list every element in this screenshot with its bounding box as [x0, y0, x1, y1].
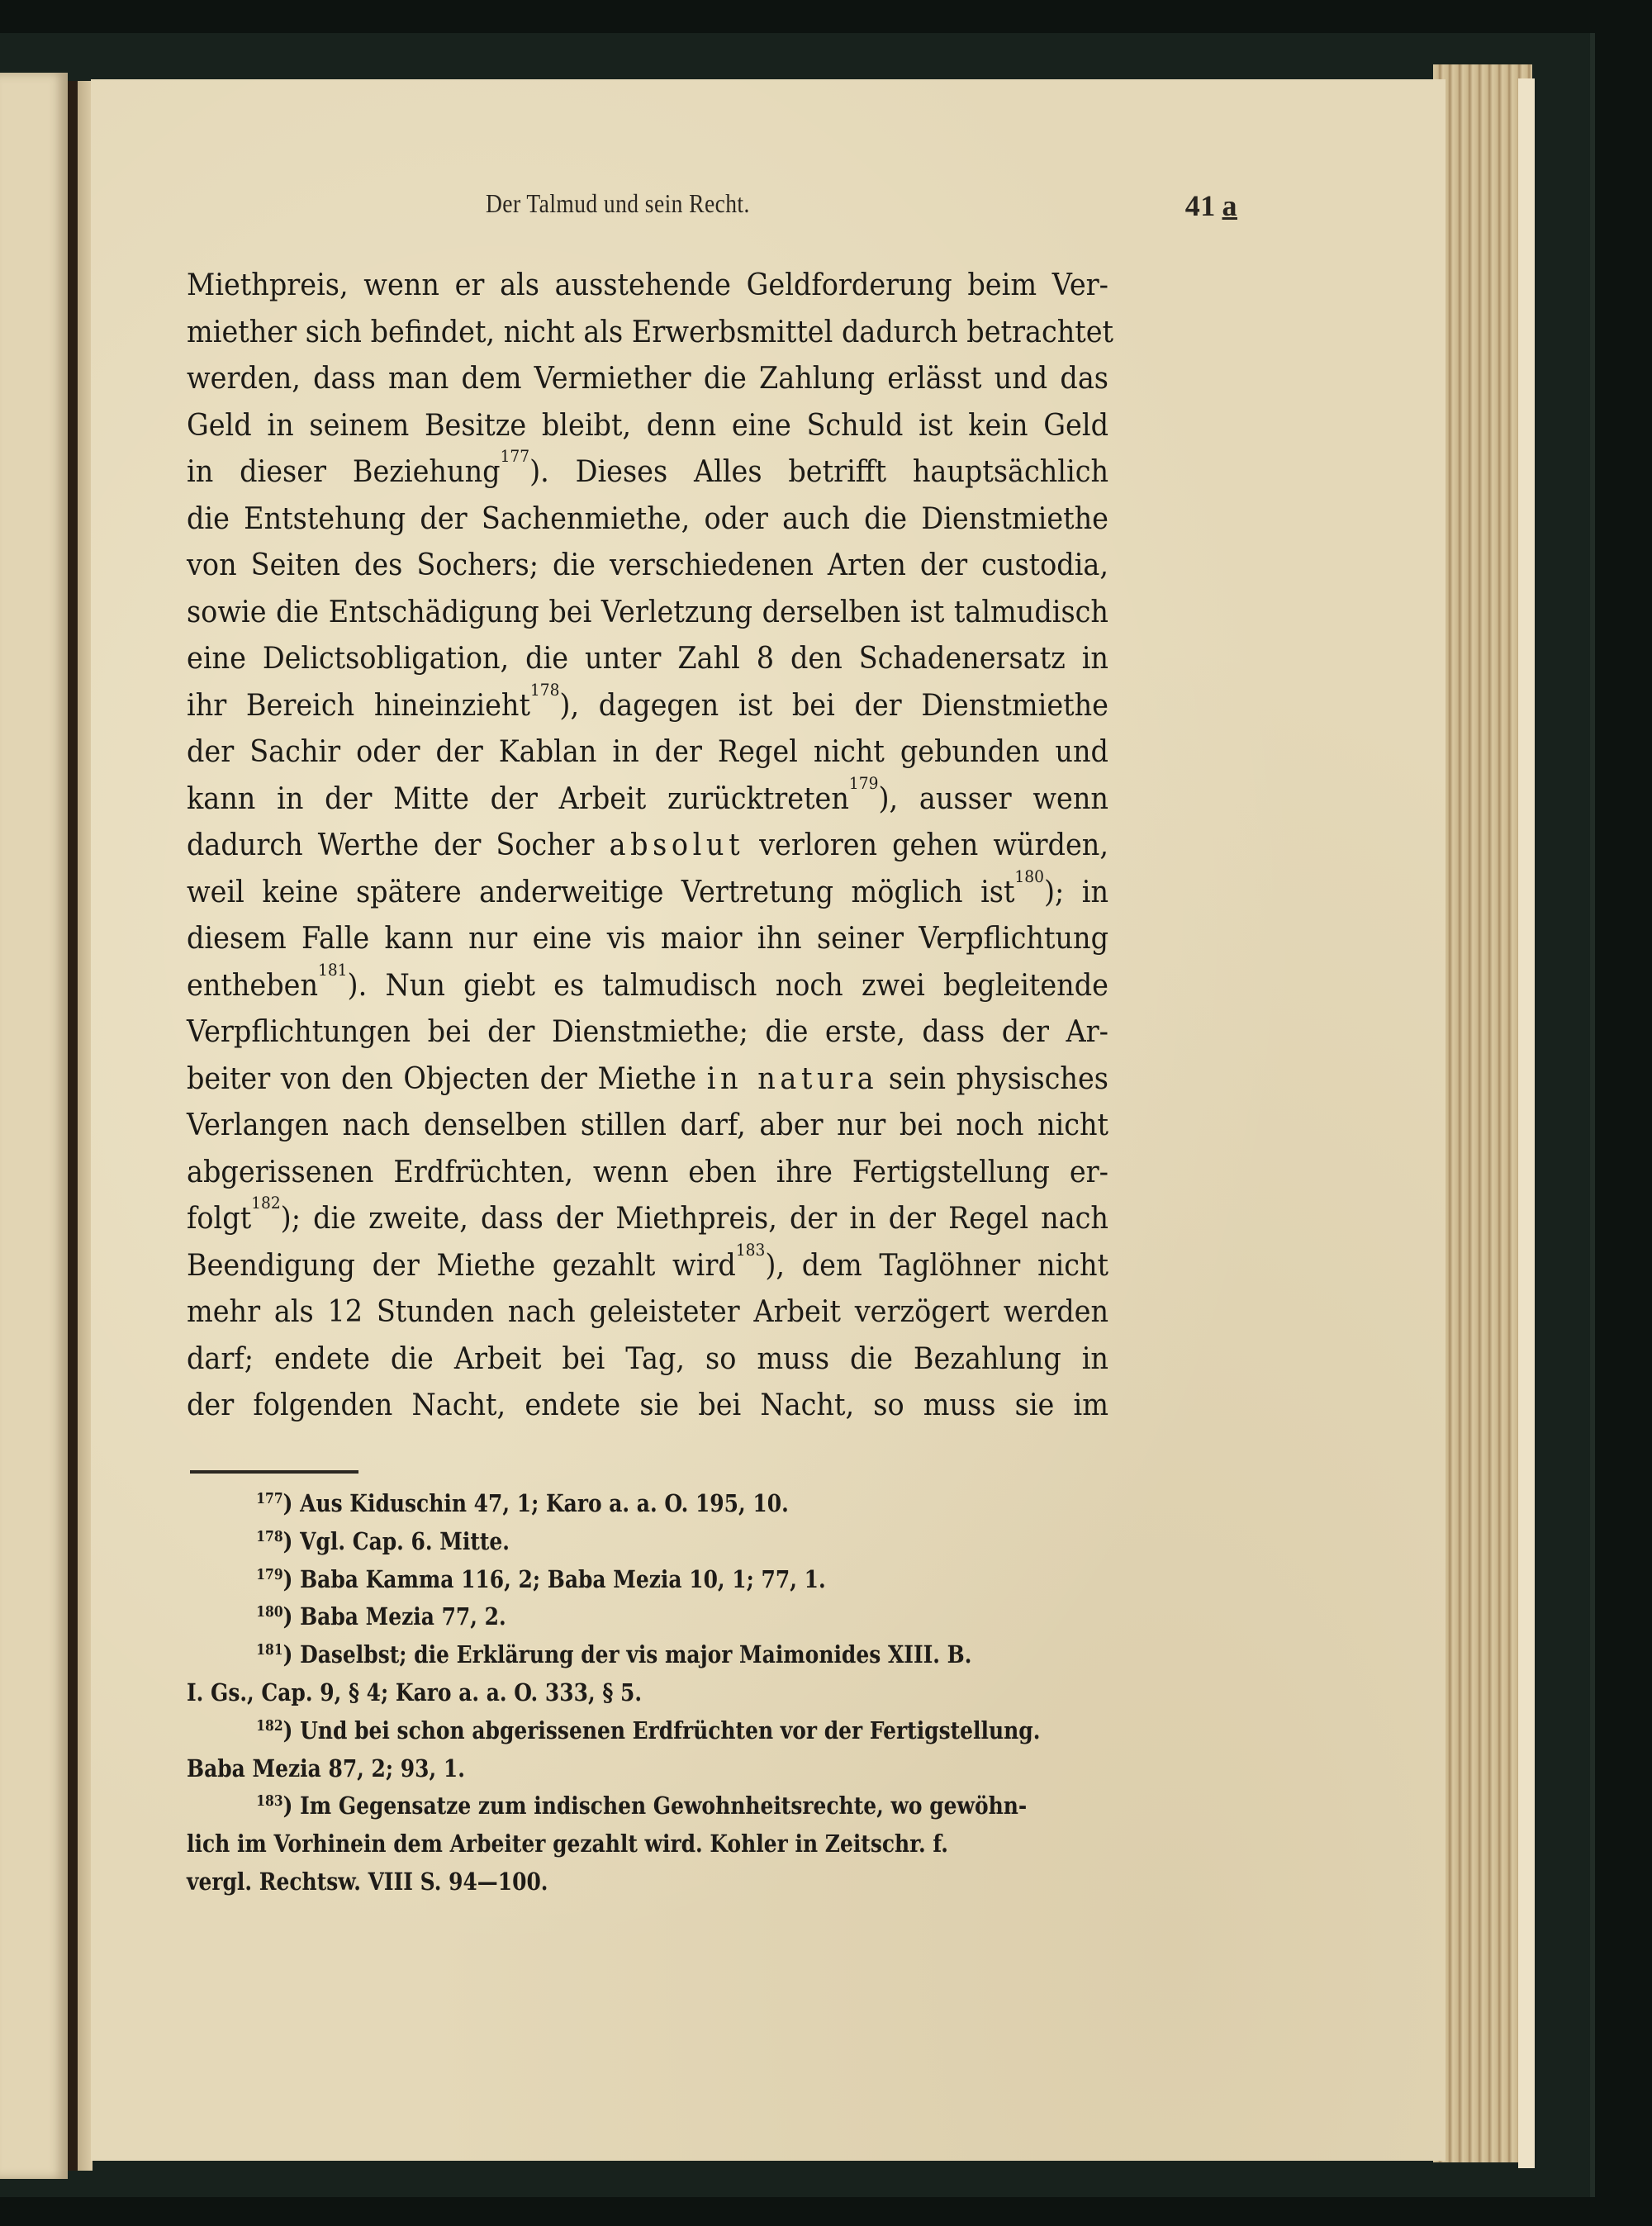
- footnote-number: 178: [256, 1528, 282, 1545]
- footnote-line: 177) Aus Kiduschin 47, 1; Karo a. a. O. …: [187, 1485, 1047, 1523]
- footnote-line: Baba Mezia 87, 2; 93, 1.: [187, 1750, 1047, 1788]
- footnote-line: 180) Baba Mezia 77, 2.: [187, 1598, 1047, 1636]
- footnote-text: Daselbst; die Erklärung der vis major Ma…: [300, 1640, 971, 1668]
- footnote-line: 183) Im Gegensatze zum indischen Gewohnh…: [187, 1787, 1047, 1825]
- footnote-text: Im Gegensatze zum indischen Gewohnheitsr…: [300, 1792, 1027, 1820]
- body-line: weil keine spätere anderweitige Vertretu…: [187, 870, 1108, 917]
- footnote-paren: ): [283, 1602, 300, 1630]
- body-line: entheben181). Nun giebt es talmudisch no…: [187, 963, 1108, 1010]
- body-line: von Seiten des Sochers; die verschiedene…: [187, 543, 1108, 590]
- footnote-number: 183: [256, 1792, 282, 1810]
- footnote-number: 180: [256, 1603, 282, 1621]
- body-line: der folgenden Nacht, endete sie bei Nach…: [187, 1383, 1108, 1430]
- body-line: werden, dass man dem Vermiether die Zahl…: [187, 356, 1108, 403]
- footnote-reference: 183: [736, 1240, 766, 1260]
- body-line: sowie die Entschädigung bei Verletzung d…: [187, 590, 1108, 637]
- footnote-number: 179: [256, 1566, 282, 1583]
- body-line-text: diesem Falle kann nur eine vis maior ihn…: [187, 922, 1108, 956]
- footnote-line: 181) Daselbst; die Erklärung der vis maj…: [187, 1636, 1047, 1674]
- page-stack-edges: [1433, 64, 1532, 2162]
- page-number: 41 a: [1185, 188, 1237, 223]
- body-line: folgt182); die zweite, dass der Miethpre…: [187, 1196, 1108, 1243]
- body-line: kann in der Mitte der Arbeit zurücktrete…: [187, 776, 1108, 823]
- body-line: beiter von den Objecten der Miethe in na…: [187, 1056, 1108, 1104]
- footnote-text: Vgl. Cap. 6. Mitte.: [300, 1527, 510, 1555]
- body-line: darf; endete die Arbeit bei Tag, so muss…: [187, 1336, 1108, 1384]
- footnote-paren: ): [283, 1489, 300, 1517]
- body-line-text: ihr Bereich hineinzieht: [187, 689, 530, 723]
- body-line: diesem Falle kann nur eine vis maior ihn…: [187, 916, 1108, 963]
- body-line-text: in dieser Beziehung: [187, 455, 501, 489]
- body-line-text: weil keine spätere anderweitige Vertretu…: [187, 876, 1014, 909]
- body-line-text: ). Nun giebt es talmudisch noch zwei beg…: [348, 969, 1108, 1003]
- body-line: Beendigung der Miethe gezahlt wird183), …: [187, 1243, 1108, 1290]
- body-line-text: verloren gehen würden,: [744, 828, 1108, 862]
- emphasized-text: in natura: [707, 1062, 879, 1096]
- running-head-title: Der Talmud und sein Recht.: [486, 188, 750, 219]
- body-line-text: der Sachir oder der Kablan in der Regel …: [187, 735, 1108, 769]
- body-line: die Entstehung der Sachenmiethe, oder au…: [187, 496, 1108, 543]
- footnote-text: vergl. Rechtsw. VIII S. 94—100.: [187, 1868, 548, 1896]
- body-line: ihr Bereich hineinzieht178), dagegen ist…: [187, 683, 1108, 730]
- footnote-text: Baba Mezia 87, 2; 93, 1.: [187, 1754, 465, 1782]
- body-line-text: miether sich befindet, nicht als Erwerbs…: [187, 316, 1113, 349]
- body-line-text: Beendigung der Miethe gezahlt wird: [187, 1249, 736, 1283]
- footnote-line: lich im Vorhinein dem Arbeiter gezahlt w…: [187, 1825, 1047, 1863]
- body-line-text: werden, dass man dem Vermiether die Zahl…: [187, 362, 1108, 396]
- footnote-number: 181: [256, 1641, 282, 1659]
- footnote-text: Baba Kamma 116, 2; Baba Mezia 10, 1; 77,…: [300, 1565, 826, 1593]
- page-stack-edge-light: [1518, 78, 1535, 2168]
- body-line-text: der folgenden Nacht, endete sie bei Nach…: [187, 1388, 1108, 1422]
- body-line-text: entheben: [187, 969, 318, 1003]
- emphasized-text: absolut: [610, 828, 745, 862]
- body-line: Verlangen nach denselben stillen darf, a…: [187, 1103, 1108, 1150]
- body-line: in dieser Beziehung177). Dieses Alles be…: [187, 449, 1108, 496]
- body-line-text: sein physisches: [878, 1062, 1108, 1096]
- body-line-text: ); die zweite, dass der Miethpreis, der …: [281, 1202, 1108, 1236]
- footnote-line: vergl. Rechtsw. VIII S. 94—100.: [187, 1863, 1047, 1901]
- body-line: Miethpreis, wenn er als ausstehende Geld…: [187, 263, 1108, 310]
- body-line-text: eine Delictsobligation, die unter Zahl 8…: [187, 642, 1108, 676]
- body-line: mehr als 12 Stunden nach geleisteter Arb…: [187, 1289, 1108, 1336]
- body-line: dadurch Werthe der Socher absolut verlor…: [187, 823, 1108, 870]
- running-head: Der Talmud und sein Recht. 41 a: [395, 188, 1221, 230]
- body-line: miether sich befindet, nicht als Erwerbs…: [187, 310, 1108, 357]
- body-text: Miethpreis, wenn er als ausstehende Geld…: [187, 263, 1178, 1430]
- body-line-text: kann in der Mitte der Arbeit zurücktrete…: [187, 782, 849, 816]
- footnote-text: Und bei schon abgerissenen Erdfrüchten v…: [300, 1716, 1040, 1744]
- body-line-text: ), dagegen ist bei der Dienstmiethe: [559, 689, 1108, 723]
- body-line-text: von Seiten des Sochers; die verschiedene…: [187, 548, 1108, 582]
- footnote-number: 182: [256, 1717, 282, 1735]
- footnote-line: 179) Baba Kamma 116, 2; Baba Mezia 10, 1…: [187, 1561, 1047, 1599]
- left-page-edge: [0, 73, 68, 2179]
- footnote-reference: 179: [849, 773, 879, 793]
- footnote-paren: ): [283, 1565, 300, 1593]
- body-line-text: ), dem Taglöhner nicht: [765, 1249, 1108, 1283]
- footnote-paren: ): [283, 1640, 300, 1668]
- page-number-suffix: a: [1222, 189, 1238, 222]
- footnote-line: 182) Und bei schon abgerissenen Erdfrüch…: [187, 1712, 1047, 1750]
- footnote-paren: ): [283, 1792, 300, 1820]
- body-line-text: Geld in seinem Besitze bleibt, denn eine…: [187, 409, 1108, 443]
- body-line-text: ). Dieses Alles betrifft hauptsächlich: [529, 455, 1108, 489]
- footnotes: 177) Aus Kiduschin 47, 1; Karo a. a. O. …: [187, 1485, 1186, 1901]
- footnote-paren: ): [283, 1716, 300, 1744]
- body-line: der Sachir oder der Kablan in der Regel …: [187, 729, 1108, 776]
- body-line: abgerissenen Erdfrüchten, wenn eben ihre…: [187, 1150, 1108, 1197]
- body-line-text: darf; endete die Arbeit bei Tag, so muss…: [187, 1342, 1108, 1376]
- body-line-text: Verlangen nach denselben stillen darf, a…: [187, 1108, 1108, 1142]
- footnote-number: 177: [256, 1490, 282, 1507]
- body-line-text: dadurch Werthe der Socher: [187, 828, 610, 862]
- body-line-text: Miethpreis, wenn er als ausstehende Geld…: [187, 268, 1108, 302]
- body-line: Verpflichtungen bei der Dienstmiethe; di…: [187, 1009, 1108, 1056]
- body-line-text: die Entstehung der Sachenmiethe, oder au…: [187, 502, 1108, 536]
- footnote-text: Aus Kiduschin 47, 1; Karo a. a. O. 195, …: [300, 1489, 789, 1517]
- footnote-separator-rule: [190, 1470, 358, 1474]
- footnote-reference: 182: [251, 1193, 281, 1213]
- body-line-text: ), ausser wenn: [878, 782, 1108, 816]
- footnote-line: 178) Vgl. Cap. 6. Mitte.: [187, 1523, 1047, 1561]
- body-line-text: folgt: [187, 1202, 251, 1236]
- footnote-reference: 178: [530, 680, 560, 700]
- footnote-text: lich im Vorhinein dem Arbeiter gezahlt w…: [187, 1830, 948, 1858]
- body-line: Geld in seinem Besitze bleibt, denn eine…: [187, 403, 1108, 450]
- body-line-text: ); in: [1044, 876, 1108, 909]
- footnote-text: I. Gs., Cap. 9, § 4; Karo a. a. O. 333, …: [187, 1678, 642, 1706]
- body-line-text: beiter von den Objecten der Miethe: [187, 1062, 707, 1096]
- book-gutter: [68, 81, 78, 2171]
- body-line-text: sowie die Entschädigung bei Verletzung d…: [187, 596, 1108, 629]
- footnote-paren: ): [283, 1527, 300, 1555]
- body-line-text: abgerissenen Erdfrüchten, wenn eben ihre…: [187, 1156, 1108, 1189]
- footnote-reference: 181: [318, 960, 348, 980]
- footnote-line: I. Gs., Cap. 9, § 4; Karo a. a. O. 333, …: [187, 1674, 1047, 1712]
- footnote-reference: 177: [501, 446, 530, 466]
- footnote-reference: 180: [1014, 866, 1044, 886]
- body-line: eine Delictsobligation, die unter Zahl 8…: [187, 636, 1108, 683]
- page-number-digits: 41: [1185, 189, 1216, 222]
- body-line-text: mehr als 12 Stunden nach geleisteter Arb…: [187, 1295, 1108, 1329]
- body-line-text: Verpflichtungen bei der Dienstmiethe; di…: [187, 1015, 1108, 1049]
- footnote-text: Baba Mezia 77, 2.: [300, 1602, 506, 1630]
